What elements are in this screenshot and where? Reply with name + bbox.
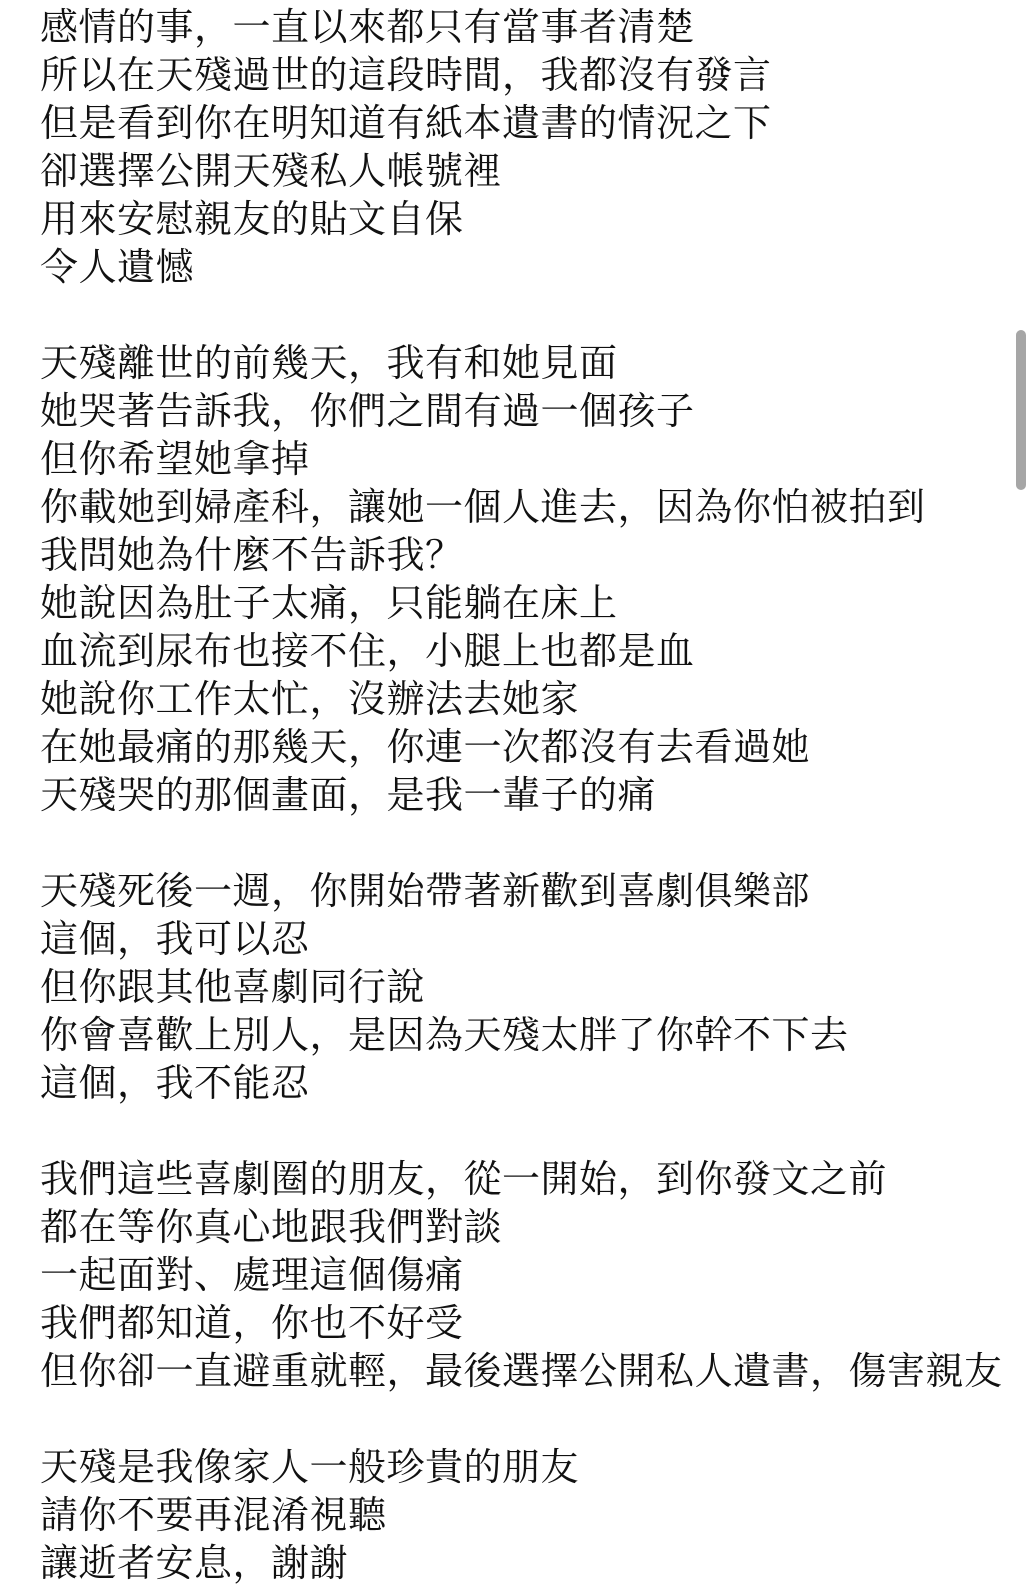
text-line: 我們都知道，你也不好受 [40,1300,972,1348]
paragraph: 天殘離世的前幾天，我有和她見面她哭著告訴我，你們之間有過一個孩子但你希望她拿掉你… [40,340,972,820]
text-line: 令人遺憾 [40,244,972,292]
paragraph: 天殘死後一週，你開始帶著新歡到喜劇俱樂部這個，我可以忍但你跟其他喜劇同行說你會喜… [40,868,972,1108]
text-line: 天殘離世的前幾天，我有和她見面 [40,340,972,388]
text-line: 在她最痛的那幾天，你連一次都沒有去看過她 [40,724,972,772]
text-line: 用來安慰親友的貼文自保 [40,196,972,244]
scrollbar-thumb[interactable] [1016,330,1026,490]
text-line: 感情的事，一直以來都只有當事者清楚 [40,4,972,52]
text-line: 天殘是我像家人一般珍貴的朋友 [40,1444,972,1492]
text-line: 你會喜歡上別人，是因為天殘太胖了你幹不下去 [40,1012,972,1060]
text-line: 一起面對、處理這個傷痛 [40,1252,972,1300]
text-line: 她哭著告訴我，你們之間有過一個孩子 [40,388,972,436]
text-post-page: 感情的事，一直以來都只有當事者清楚所以在天殘過世的這段時間，我都沒有發言但是看到… [0,0,1032,1587]
text-line: 都在等你真心地跟我們對談 [40,1204,972,1252]
text-line: 血流到尿布也接不住，小腿上也都是血 [40,628,972,676]
text-line: 這個，我可以忍 [40,916,972,964]
text-line: 她說因為肚子太痛，只能躺在床上 [40,580,972,628]
text-line: 我問她為什麼不告訴我？ [40,532,972,580]
text-line: 我們這些喜劇圈的朋友，從一開始，到你發文之前 [40,1156,972,1204]
text-line: 所以在天殘過世的這段時間，我都沒有發言 [40,52,972,100]
text-line: 天殘哭的那個畫面，是我一輩子的痛 [40,772,972,820]
text-line: 但你卻一直避重就輕，最後選擇公開私人遺書，傷害親友 [40,1348,972,1396]
paragraph: 天殘是我像家人一般珍貴的朋友請你不要再混淆視聽讓逝者安息，謝謝 [40,1444,972,1587]
post-text: 感情的事，一直以來都只有當事者清楚所以在天殘過世的這段時間，我都沒有發言但是看到… [40,4,972,1587]
text-line: 這個，我不能忍 [40,1060,972,1108]
text-line: 她說你工作太忙，沒辦法去她家 [40,676,972,724]
text-line: 你載她到婦產科，讓她一個人進去，因為你怕被拍到 [40,484,972,532]
text-line: 讓逝者安息，謝謝 [40,1540,972,1587]
paragraph: 感情的事，一直以來都只有當事者清楚所以在天殘過世的這段時間，我都沒有發言但是看到… [40,4,972,292]
text-line: 天殘死後一週，你開始帶著新歡到喜劇俱樂部 [40,868,972,916]
text-line: 但你希望她拿掉 [40,436,972,484]
text-line: 請你不要再混淆視聽 [40,1492,972,1540]
text-line: 卻選擇公開天殘私人帳號裡 [40,148,972,196]
paragraph: 我們這些喜劇圈的朋友，從一開始，到你發文之前都在等你真心地跟我們對談一起面對、處… [40,1156,972,1396]
text-line: 但你跟其他喜劇同行說 [40,964,972,1012]
text-line: 但是看到你在明知道有紙本遺書的情況之下 [40,100,972,148]
